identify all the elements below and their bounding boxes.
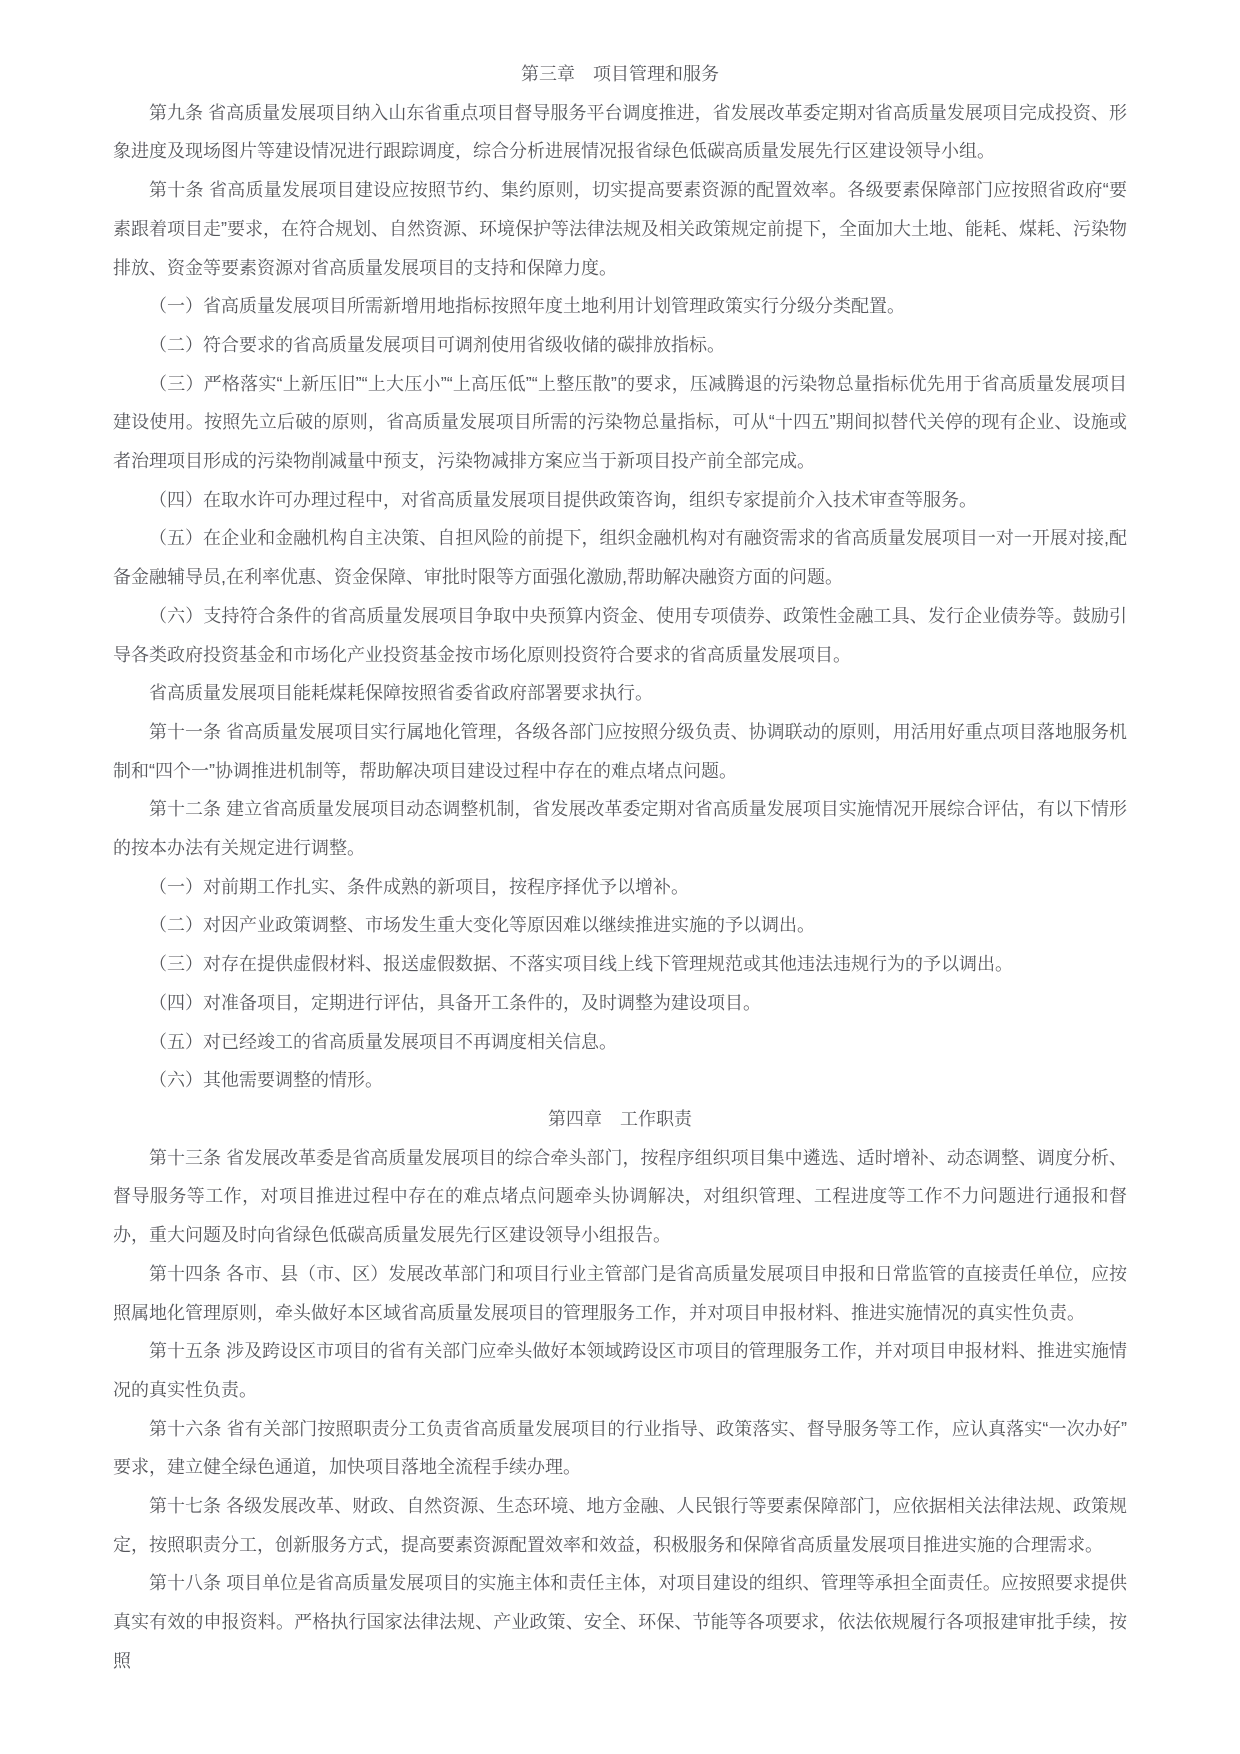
article-10-item-5: （五）在企业和金融机构自主决策、自担风险的前提下，组织金融机构对有融资需求的省高… <box>113 519 1127 596</box>
chapter-3-heading: 第三章 项目管理和服务 <box>113 55 1127 94</box>
article-12-item-4: （四）对准备项目，定期进行评估，具备开工条件的，及时调整为建设项目。 <box>113 984 1127 1023</box>
article-13-paragraph: 第十三条 省发展改革委是省高质量发展项目的综合牵头部门，按程序组织项目集中遴选、… <box>113 1139 1127 1255</box>
article-16-paragraph: 第十六条 省有关部门按照职责分工负责省高质量发展项目的行业指导、政策落实、督导服… <box>113 1410 1127 1487</box>
article-11-paragraph: 第十一条 省高质量发展项目实行属地化管理，各级各部门应按照分级负责、协调联动的原… <box>113 713 1127 790</box>
article-12-item-2: （二）对因产业政策调整、市场发生重大变化等原因难以继续推进实施的予以调出。 <box>113 906 1127 945</box>
article-12-item-6: （六）其他需要调整的情形。 <box>113 1061 1127 1100</box>
chapter-4-heading: 第四章 工作职责 <box>113 1100 1127 1139</box>
article-10-paragraph: 第十条 省高质量发展项目建设应按照节约、集约原则，切实提高要素资源的配置效率。各… <box>113 171 1127 287</box>
article-10-item-1: （一）省高质量发展项目所需新增用地指标按照年度土地利用计划管理政策实行分级分类配… <box>113 287 1127 326</box>
article-10-closing: 省高质量发展项目能耗煤耗保障按照省委省政府部署要求执行。 <box>113 674 1127 713</box>
article-14-paragraph: 第十四条 各市、县（市、区）发展改革部门和项目行业主管部门是省高质量发展项目申报… <box>113 1255 1127 1332</box>
article-17-paragraph: 第十七条 各级发展改革、财政、自然资源、生态环境、地方金融、人民银行等要素保障部… <box>113 1487 1127 1564</box>
article-12-item-3: （三）对存在提供虚假材料、报送虚假数据、不落实项目线上线下管理规范或其他违法违规… <box>113 945 1127 984</box>
article-12-paragraph: 第十二条 建立省高质量发展项目动态调整机制，省发展改革委定期对省高质量发展项目实… <box>113 790 1127 867</box>
article-12-item-5: （五）对已经竣工的省高质量发展项目不再调度相关信息。 <box>113 1023 1127 1062</box>
article-15-paragraph: 第十五条 涉及跨设区市项目的省有关部门应牵头做好本领域跨设区市项目的管理服务工作… <box>113 1332 1127 1409</box>
article-12-item-1: （一）对前期工作扎实、条件成熟的新项目，按程序择优予以增补。 <box>113 868 1127 907</box>
article-18-paragraph: 第十八条 项目单位是省高质量发展项目的实施主体和责任主体，对项目建设的组织、管理… <box>113 1564 1127 1680</box>
article-10-item-4: （四）在取水许可办理过程中，对省高质量发展项目提供政策咨询，组织专家提前介入技术… <box>113 481 1127 520</box>
article-10-item-2: （二）符合要求的省高质量发展项目可调剂使用省级收储的碳排放指标。 <box>113 326 1127 365</box>
document-page: 第三章 项目管理和服务 第九条 省高质量发展项目纳入山东省重点项目督导服务平台调… <box>0 0 1240 1754</box>
article-9-paragraph: 第九条 省高质量发展项目纳入山东省重点项目督导服务平台调度推进，省发展改革委定期… <box>113 94 1127 171</box>
article-10-item-6: （六）支持符合条件的省高质量发展项目争取中央预算内资金、使用专项债券、政策性金融… <box>113 597 1127 674</box>
article-10-item-3: （三）严格落实“上新压旧”“上大压小”“上高压低”“上整压散”的要求，压减腾退的… <box>113 365 1127 481</box>
